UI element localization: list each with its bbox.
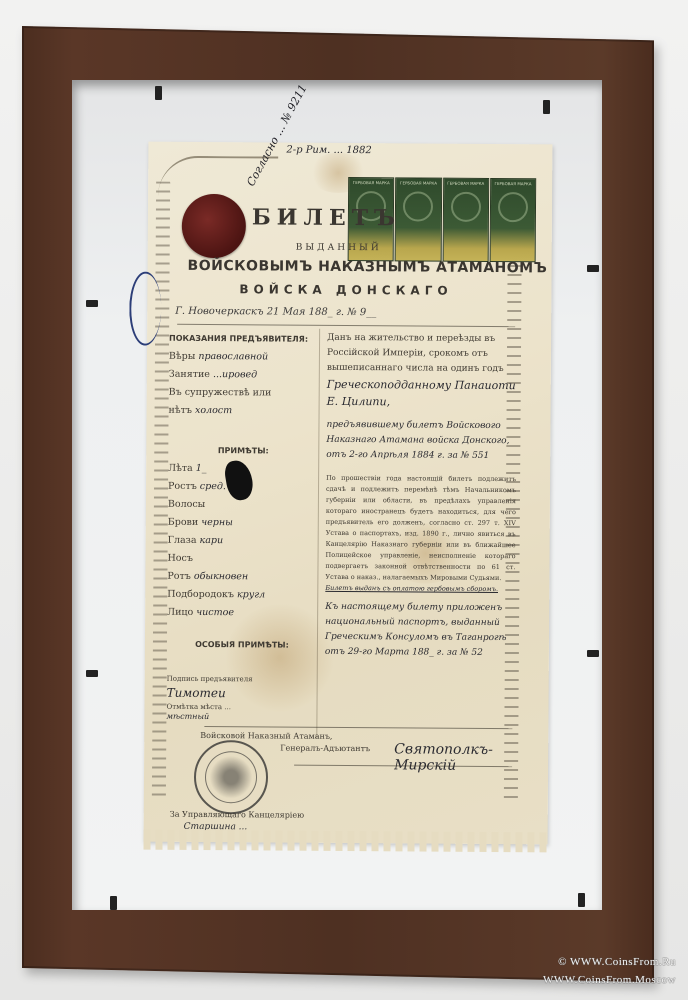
torn-bottom-edge xyxy=(144,830,548,853)
sign-row: Носъ xyxy=(167,550,317,569)
issuer-line: ВОЙСКОВЫМЪ НАКАЗНЫМЪ АТАМАНОМЪ xyxy=(188,258,548,277)
previous-ticket: предъявившему билетъ Войскового Наказнаг… xyxy=(326,418,516,464)
coat-of-arms-icon xyxy=(205,751,257,803)
sign-value: сред. xyxy=(200,481,226,492)
issued-line: ВЫДАННЫЙ xyxy=(296,243,382,254)
sign-label: Лицо xyxy=(167,607,193,618)
glass-clip-bottom-right xyxy=(578,893,585,907)
divider xyxy=(204,726,512,729)
top-handwritten-note: 2-р Рим. ... 1882 xyxy=(286,145,371,157)
permit-intro: Данъ на жительство и переѣзды въ Россійс… xyxy=(327,331,517,377)
watermark-line-2: WWW.CoinsFrom.Moscow xyxy=(543,974,676,986)
sign-label: Носъ xyxy=(168,553,193,564)
field-row: Вѣры православной xyxy=(169,348,319,367)
field-label: нѣтъ xyxy=(169,405,192,416)
sign-label: Лѣта xyxy=(168,463,193,474)
ataman-signature: Святополкъ-Мирскій xyxy=(394,741,548,774)
signs-header: ПРИМѢТЫ: xyxy=(168,442,318,461)
field-value: холост xyxy=(195,405,232,416)
historical-passport-document: 2-р Рим. ... 1882 ГЕРБОВАЯ МАРКА ГЕРБОВА… xyxy=(144,142,553,845)
glass-clip-right-lower xyxy=(587,650,599,657)
sign-row: Подбородокъ кругл xyxy=(167,586,317,605)
official-round-seal xyxy=(194,740,269,815)
sign-value: черны xyxy=(201,517,233,528)
sign-label: Брови xyxy=(168,517,199,528)
glass-clip-top-left xyxy=(155,86,162,100)
host-line: ВОЙСКА ДОНСКАГО xyxy=(239,282,452,297)
revenue-stamp: ГЕРБОВАЯ МАРКА xyxy=(395,177,442,261)
legal-small-print: По прошествіи года настоящій билетъ подл… xyxy=(325,473,516,584)
glass-clip-top-right xyxy=(543,100,550,114)
sign-value: обыкновен xyxy=(194,571,248,582)
wax-seal xyxy=(182,194,246,258)
sign-value: кари xyxy=(200,535,224,546)
divider xyxy=(177,324,515,327)
field-row: Занятие ...ировед xyxy=(169,366,319,385)
revenue-stamp: ГЕРБОВАЯ МАРКА xyxy=(442,178,489,262)
permit-text-column: Данъ на жительство и переѣзды въ Россійс… xyxy=(325,331,517,661)
glass-clip-bottom-left xyxy=(110,896,117,910)
glass-clip-left-upper xyxy=(86,300,98,307)
sign-label: Волосы xyxy=(168,499,205,510)
holder-details-header: ПОКАЗАНИЯ ПРЕДЪЯВИТЕЛЯ: xyxy=(169,330,319,349)
sign-value: 1_ xyxy=(196,463,207,474)
eagle-emblem-icon xyxy=(498,192,528,222)
glass-clip-right-upper xyxy=(587,265,599,272)
holder-signature: Тимотеи xyxy=(167,684,317,703)
document-title: БИЛЕТЪ xyxy=(252,204,401,231)
watermark-line-1: © WWW.CoinsFrom.Ru xyxy=(558,956,676,968)
stamp-label: ГЕРБОВАЯ МАРКА xyxy=(493,181,533,186)
revenue-stamp: ГЕРБОВАЯ МАРКА xyxy=(489,178,536,262)
field-value: ...ировед xyxy=(213,369,257,380)
sign-row: Глаза кари xyxy=(168,532,318,551)
stamp-label: ГЕРБОВАЯ МАРКА xyxy=(351,180,391,185)
field-label: Въ супружествѣ или xyxy=(169,387,272,399)
owner-value: мѣстный xyxy=(166,712,316,723)
special-signs-header: ОСОБЫЯ ПРИМѢТЫ: xyxy=(167,636,317,655)
holder-name: Греческоподданному Панаиоти Е. Цилипи, xyxy=(327,376,517,411)
handwritten-addendum: Къ настоящему билету приложенъ националь… xyxy=(325,600,515,661)
glass-clip-left-lower xyxy=(86,670,98,677)
field-value: православной xyxy=(198,351,268,362)
field-row: нѣтъ холост xyxy=(169,402,319,421)
sign-value: кругл xyxy=(237,589,265,600)
field-row: Въ супружествѣ или xyxy=(169,384,319,403)
sign-label: Ротъ xyxy=(167,571,190,582)
eagle-emblem-icon xyxy=(451,192,481,222)
stamp-label: ГЕРБОВАЯ МАРКА xyxy=(446,181,486,186)
eagle-emblem-icon xyxy=(403,191,433,221)
chancellery-line: За Управляющаго Канцеляріею xyxy=(170,810,304,820)
field-label: Вѣры xyxy=(169,351,195,362)
place-date-line: Г. Новочеркаскъ 21 Мая 188_ г. № 9__ xyxy=(175,306,376,318)
stamp-label: ГЕРБОВАЯ МАРКА xyxy=(398,180,438,185)
sign-row: Брови черны xyxy=(168,514,318,533)
holder-details-column: ПОКАЗАНИЯ ПРЕДЪЯВИТЕЛЯ: Вѣры православно… xyxy=(166,330,319,723)
sign-value: чистое xyxy=(196,607,234,618)
fee-line: Билетъ выданъ съ оплатою гербовымъ сборо… xyxy=(325,583,515,595)
field-label: Занятие xyxy=(169,369,210,380)
sign-label: Ростъ xyxy=(168,481,197,492)
sign-label: Подбородокъ xyxy=(167,589,234,600)
sign-row: Ротъ обыкновен xyxy=(167,568,317,587)
sign-label: Глаза xyxy=(168,535,197,546)
sign-row: Лицо чистое xyxy=(167,604,317,623)
